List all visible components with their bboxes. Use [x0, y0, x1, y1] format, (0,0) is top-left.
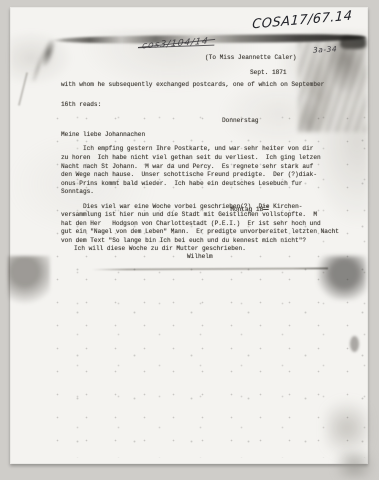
letter-line: onus Prins kommt bald wieder. Ich habe e…	[61, 180, 302, 188]
letter-line: Sonntags.	[61, 188, 94, 196]
intro-line: with whom he subsequently exchanged post…	[61, 81, 324, 89]
recipient-note: (To Miss Jeannette Caler)	[205, 54, 296, 62]
letter-line: hat den Her Hodgson von Charlottestadt (…	[61, 220, 321, 228]
letter-line: gut ein "Nagel von dem Leben" Mann. Er p…	[61, 228, 339, 236]
scanned-letter-page: { "scan": { "accession_number": "COSA17/…	[0, 0, 379, 480]
day-heading-donnerstag: Donnerstag	[222, 117, 259, 125]
letter-line: Nacht nach St Johann. M war da und Percy…	[61, 163, 313, 171]
letter-line: zu horen Ich habe nicht viel gethan seit…	[61, 154, 321, 162]
letter-date: Sept. 1871	[250, 69, 287, 77]
signature: Wilhelm	[187, 253, 213, 261]
page-ref-handwriting: 3a-34	[313, 44, 338, 54]
letter-line: Dies viel war eine Woche vorbei geschrie…	[83, 203, 302, 211]
letter-line: Ich empfing gestern Ihre Postkarte, und …	[83, 145, 313, 153]
letter-line: Ich will diese Woche zu dir Mutter gesch…	[74, 245, 246, 253]
letter-line: den Wege nach hause. Unser schottische F…	[61, 171, 317, 179]
intro-line: 16th reads:	[61, 101, 101, 109]
letter-line: versammlung ist hier nun und die Stadt m…	[61, 211, 317, 219]
salutation: Meine liebe Johannachen	[61, 131, 145, 139]
letter-line: von dem Text "So lange bin Ich bei euch …	[61, 237, 306, 245]
